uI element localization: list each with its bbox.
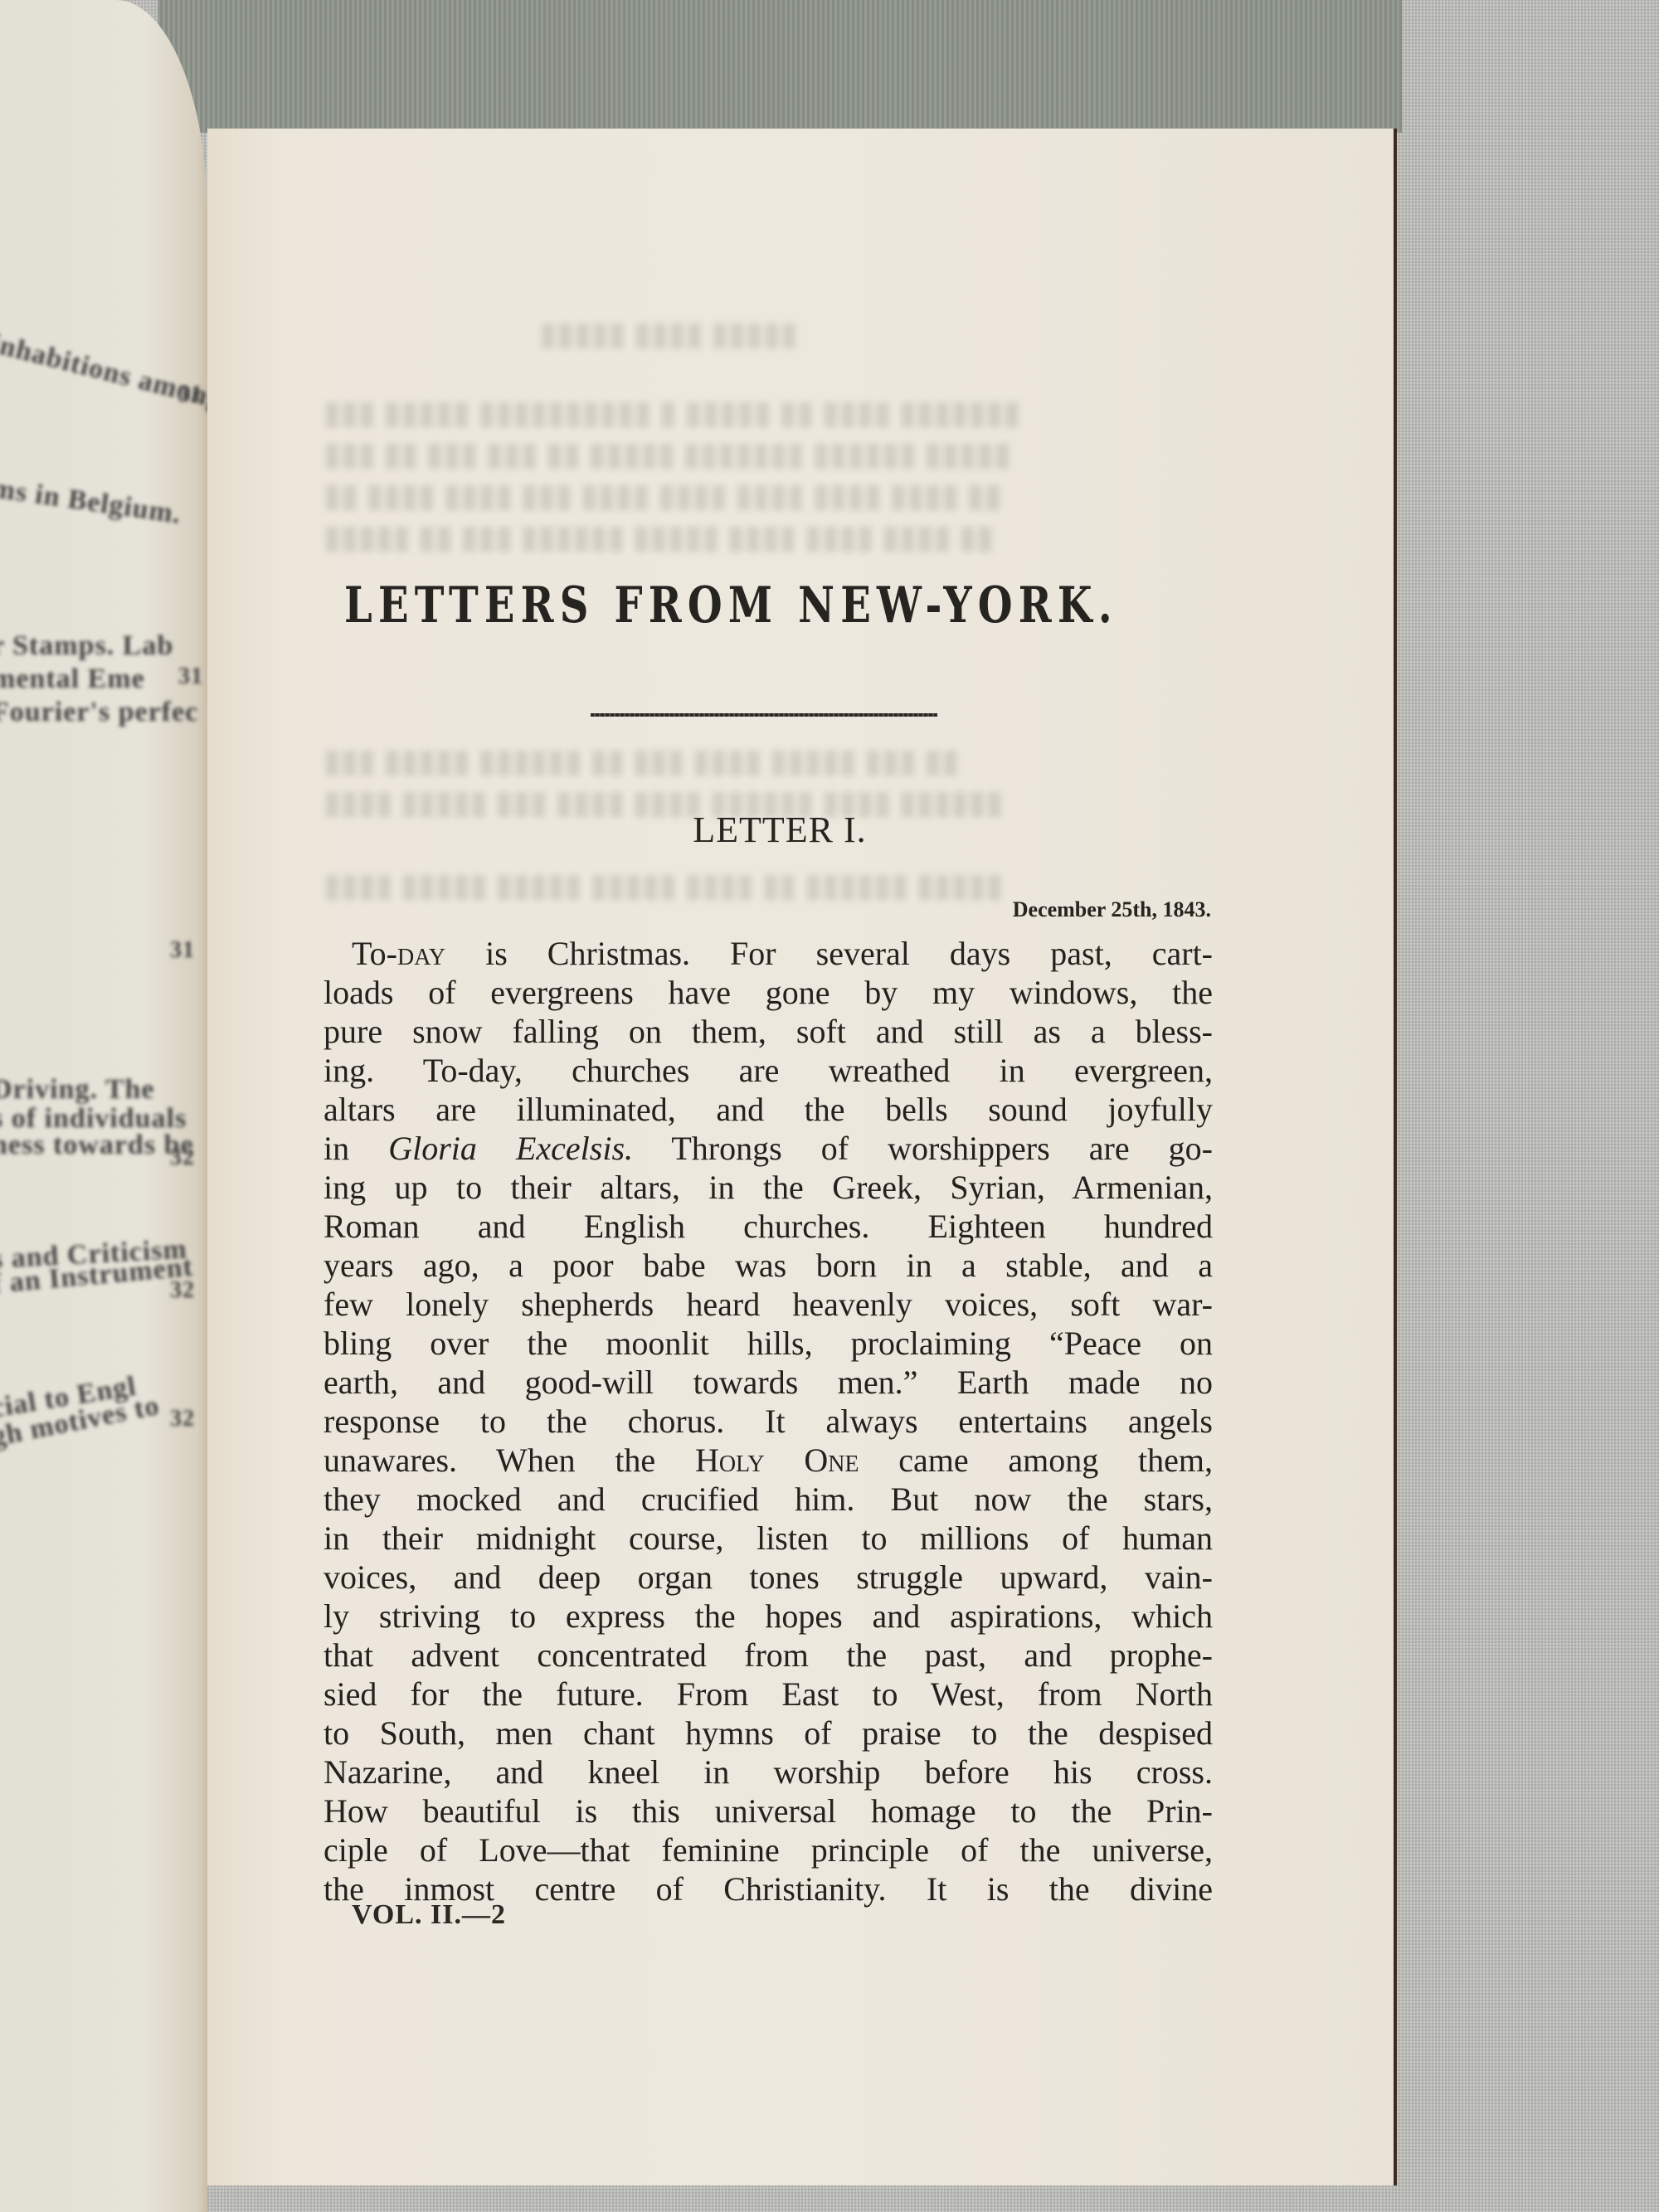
left-page-number: 31 <box>178 382 203 408</box>
bleed-through-text: ▮▮▮▮ ▮▮▮▮▮ ▮▮▮▮▮ ▮▮▮▮▮ ▮▮▮▮ ▮▮ ▮▮▮▮▮▮ ▮▮… <box>324 867 1003 904</box>
left-page-number: 32 <box>170 1406 195 1432</box>
left-facing-page: inhabitions among the ms in Belgium. r S… <box>0 0 207 2212</box>
letter-date: December 25th, 1843. <box>1013 897 1211 922</box>
body-text-line: to South, men chant hymns of praise to t… <box>324 1714 1213 1753</box>
left-page-fragment: inhabitions among the <box>0 328 207 428</box>
left-page-number: 31 <box>170 937 195 964</box>
left-page-number: 32 <box>170 1145 195 1171</box>
body-text-line: response to the chorus. It always entert… <box>324 1403 1213 1441</box>
body-text-line: ing up to their altars, in the Greek, Sy… <box>324 1169 1213 1207</box>
small-caps-text: Holy One <box>695 1441 859 1479</box>
body-text-line: in their midnight course, listen to mill… <box>324 1519 1213 1558</box>
body-text-line: that advent concentrated from the past, … <box>324 1636 1213 1675</box>
italic-text: Gloria Excelsis. <box>388 1130 633 1167</box>
body-text-line: To-day is Christmas. For several days pa… <box>352 935 1213 973</box>
bleed-through-text: ▮▮ ▮▮▮▮ ▮▮▮▮ ▮▮▮ ▮▮▮▮ ▮▮▮▮ ▮▮▮▮ ▮▮▮▮ ▮▮▮… <box>324 477 1001 514</box>
decorative-rule <box>591 713 937 717</box>
bleed-through-text: ▮▮▮▮▮ ▮▮▮▮ ▮▮▮▮▮ <box>539 315 798 352</box>
bleed-through-text: ▮▮▮ ▮▮ ▮▮▮ ▮▮▮ ▮▮ ▮▮▮▮▮ ▮▮▮▮▮▮▮ ▮▮▮▮▮▮ ▮… <box>324 435 1011 473</box>
signature-mark: VOL. II.—2 <box>352 1899 506 1931</box>
body-text-line: Roman and English churches. Eighteen hun… <box>324 1208 1213 1246</box>
running-title: LETTERS FROM NEW-YORK. <box>344 576 1041 634</box>
body-text-line: How beautiful is this universal homage t… <box>324 1792 1213 1830</box>
left-page-fragment: Driving. The <box>0 1074 155 1106</box>
body-text-line: years ago, a poor babe was born in a sta… <box>324 1247 1213 1285</box>
bleed-through-text: ▮▮▮▮▮ ▮▮ ▮▮▮ ▮▮▮▮▮▮ ▮▮▮▮▮ ▮▮▮▮ ▮▮▮▮ ▮▮▮▮… <box>324 518 994 556</box>
letter-heading: LETTER I. <box>630 809 929 851</box>
small-caps-text: day <box>397 935 445 972</box>
left-page-number: 31 <box>178 664 203 690</box>
body-text-line: ing. To-day, churches are wreathed in ev… <box>324 1052 1213 1090</box>
body-text-line: unawares. When the Holy One came among t… <box>324 1441 1213 1480</box>
body-text-line: loads of evergreens have gone by my wind… <box>324 974 1213 1012</box>
body-text-line: in Gloria Excelsis. Throngs of worshippe… <box>324 1130 1213 1168</box>
body-text-line: few lonely shepherds heard heavenly voic… <box>324 1286 1213 1324</box>
body-text-line: pure snow falling on them, soft and stil… <box>324 1013 1213 1051</box>
body-text-line: sied for the future. From East to West, … <box>324 1675 1213 1714</box>
body-text-line: voices, and deep organ tones struggle up… <box>324 1558 1213 1597</box>
left-page-fragment: mental Eme <box>0 664 145 695</box>
body-text-line: Nazarine, and kneel in worship before hi… <box>324 1753 1213 1791</box>
left-page-number: 32 <box>170 1277 195 1304</box>
body-text-line: altars are illuminated, and the bells so… <box>324 1091 1213 1129</box>
bleed-through-text: ▮▮▮ ▮▮▮▮▮ ▮▮▮▮▮▮▮▮▮▮ ▮ ▮▮▮▮▮ ▮▮ ▮▮▮▮ ▮▮▮… <box>324 394 1020 431</box>
left-page-fragment: ness towards be <box>0 1130 194 1161</box>
body-text-line: bling over the moonlit hills, proclaimin… <box>324 1325 1213 1363</box>
left-page-fragment: Fourier's perfec <box>0 697 198 728</box>
background-cloth-top <box>158 0 1402 133</box>
body-text-line: they mocked and crucified him. But now t… <box>324 1480 1213 1519</box>
body-text-line: earth, and good-will towards men.” Earth… <box>324 1364 1213 1402</box>
bleed-through-text: ▮▮▮ ▮▮▮▮▮ ▮▮▮▮▮▮ ▮▮ ▮▮▮ ▮▮▮▮ ▮▮▮▮▮ ▮▮▮ ▮… <box>324 742 959 780</box>
body-text-line: ciple of Love—that feminine principle of… <box>324 1831 1213 1869</box>
left-page-fragment: ms in Belgium. <box>0 473 183 531</box>
body-text-line: ly striving to express the hopes and asp… <box>324 1597 1213 1636</box>
left-page-fragment: r Stamps. Lab <box>0 630 173 662</box>
